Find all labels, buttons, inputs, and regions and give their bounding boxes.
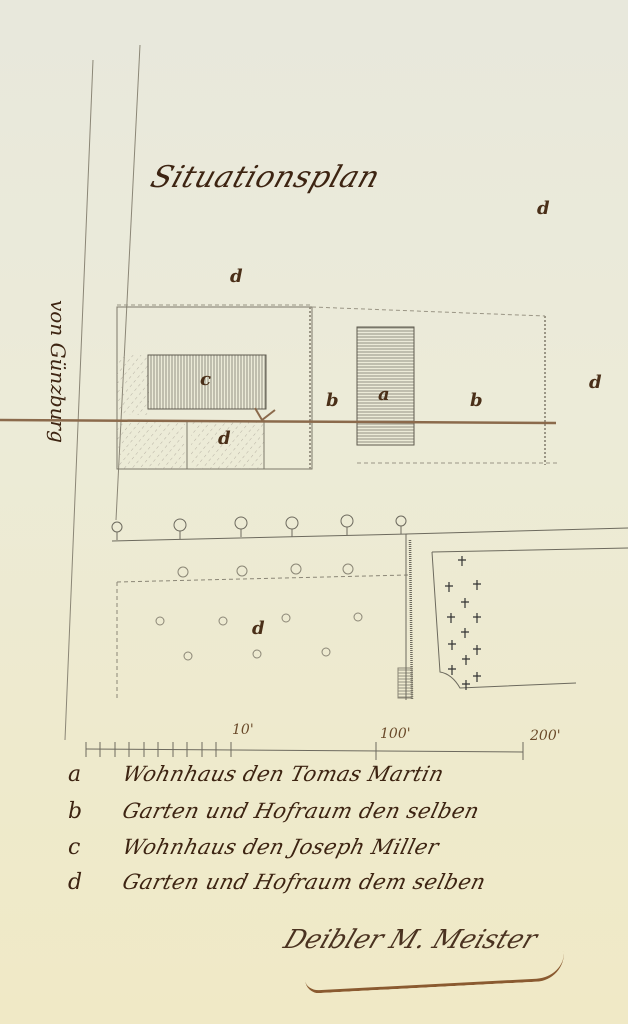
parcel-martin xyxy=(312,307,560,465)
legend-row-a: a Wohnhaus den Tomas Martin xyxy=(68,762,444,792)
legend-text: Wohnhaus den Tomas Martin xyxy=(120,762,447,786)
label-b-right: b xyxy=(470,390,483,411)
main-road-line xyxy=(0,420,556,423)
cemetery-parcel xyxy=(406,528,628,700)
label-d-top-right: d xyxy=(537,198,550,219)
scale-bar xyxy=(86,742,523,760)
legend-text: Wohnhaus den Joseph Miller xyxy=(120,835,441,859)
parcel-miller xyxy=(117,305,312,469)
label-d-garden: d xyxy=(252,618,265,639)
label-d-right: d xyxy=(589,372,602,393)
tree-row xyxy=(112,515,408,541)
signature: Deibler M. Meister xyxy=(280,925,542,955)
check-mark xyxy=(255,408,275,420)
legend-text: Garten und Hofraum dem selben xyxy=(120,870,488,894)
scale-label-200: 200' xyxy=(530,728,561,744)
site-plan-sheet: Situationsplan von Günzburg d c d b a b … xyxy=(0,0,628,1024)
legend-row-d: d Garten und Hofraum dem selben xyxy=(68,870,485,900)
label-b-left: b xyxy=(326,390,339,411)
label-d-lower: d xyxy=(218,428,231,449)
road-label: von Günzburg xyxy=(46,300,70,443)
legend-key: b xyxy=(68,799,123,824)
legend-text: Garten und Hofraum den selben xyxy=(120,799,482,823)
scale-label-100: 100' xyxy=(380,726,411,742)
label-d-upper: d xyxy=(230,266,243,287)
legend-key: a xyxy=(68,762,123,787)
scale-label-10: 10' xyxy=(232,722,254,738)
plan-title: Situationsplan xyxy=(146,160,384,195)
label-c-house: c xyxy=(200,369,211,390)
label-a-house: a xyxy=(378,384,390,405)
legend-key: d xyxy=(68,870,123,895)
legend-row-c: c Wohnhaus den Joseph Miller xyxy=(68,835,438,865)
legend-row-b: b Garten und Hofraum den selben xyxy=(68,799,479,829)
legend-key: c xyxy=(68,835,123,860)
